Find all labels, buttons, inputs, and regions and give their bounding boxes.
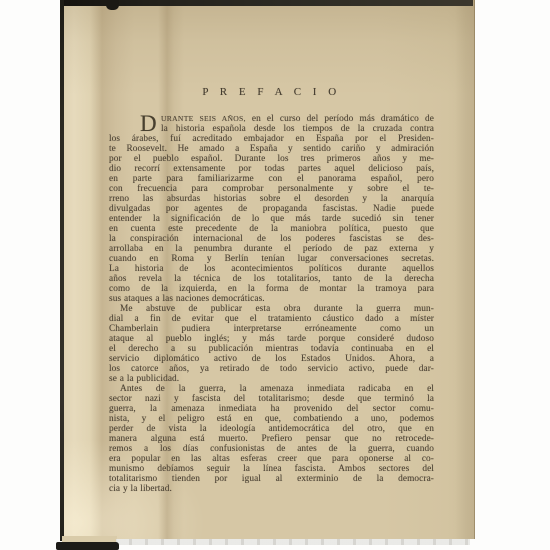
text-line: como de la izquierda, en la forma de mon… [109, 284, 434, 294]
text-line: servicio diplomático activo de los Estad… [109, 354, 434, 364]
scan-background: P R E F A C I O DURANTE SEIS AÑOS, en el… [0, 0, 550, 550]
text-line: manera alguna está muerto. Prefiero pens… [109, 434, 434, 444]
paragraph: Me abstuve de publicar esta obra durante… [109, 304, 434, 384]
paragraphs: DURANTE SEIS AÑOS, en el curso del perío… [109, 114, 434, 494]
text-line: dio recorrí extensamente por todas parte… [109, 164, 434, 174]
text-line: sus ataques a las naciones democráticas. [109, 294, 434, 304]
text-line: dial a fin de evitar que el tratamiento … [109, 314, 434, 324]
text-line: cia y la libertad. [109, 484, 434, 494]
text-line: entender la significación de lo que más … [109, 214, 434, 224]
text-line: te Roosevelt. He amado a España y sentid… [109, 144, 434, 154]
text-line: se a la publicidad. [109, 374, 434, 384]
text-line: Chamberlain pudiera interpretarse erróne… [109, 324, 434, 334]
text-line: años revela la técnica de los totalitari… [109, 274, 434, 284]
text-line: Me abstuve de publicar esta obra durante… [109, 304, 434, 314]
text-line: los catorce años, ya retirado de todo se… [109, 364, 434, 374]
page-title: P R E F A C I O [109, 86, 434, 98]
text-line: perder de vista la ideología antidemocrá… [109, 424, 434, 434]
line-text: en el curso del período más dramático de [246, 114, 434, 124]
text-line: era popular en las altas esferas creer q… [109, 454, 434, 464]
text-line: La historia de los acontecimientos polít… [109, 264, 434, 274]
text-line: ataque al pueblo inglés; y más tarde por… [109, 334, 434, 344]
small-caps-lead: URANTE SEIS AÑOS, [161, 114, 246, 123]
text-line: en cuenta este precedente de la maniobra… [109, 224, 434, 234]
text-line: totalitarismo tienden por igual al exter… [109, 474, 434, 484]
text-line: con frecuencia para comprobar personalme… [109, 184, 434, 194]
text-line: sector nazi y fascista del totalitarismo… [109, 394, 434, 404]
text-line: la historia española desde los tiempos d… [109, 124, 434, 134]
paragraph: Antes de la guerra, la amenaza inmediata… [109, 384, 434, 494]
text-line: munismo debíamos seguir la línea fascist… [109, 464, 434, 474]
text-line: Antes de la guerra, la amenaza inmediata… [109, 384, 434, 394]
text-line: nista, y el peligro está en que, combati… [109, 414, 434, 424]
page-content: P R E F A C I O DURANTE SEIS AÑOS, en el… [109, 0, 434, 539]
text-line: por el pueblo español. Durante los tres … [109, 154, 434, 164]
text-line: los árabes, fuí acreditado embajador en … [109, 134, 434, 144]
page-top-notch [106, 0, 119, 10]
text-line: la conspiración internacional de los pod… [109, 234, 434, 244]
text-line: el derecho a su publicación mientras tod… [109, 344, 434, 354]
page-bottom-edges [116, 539, 470, 545]
cover-bottom-edge [56, 542, 119, 550]
text-line: en parte para familiarizarme con el pano… [109, 174, 434, 184]
book-page: P R E F A C I O DURANTE SEIS AÑOS, en el… [62, 0, 475, 539]
book-spine-edge [60, 0, 64, 541]
page-top-edge [62, 0, 473, 6]
text-line: URANTE SEIS AÑOS, en el curso del períod… [109, 114, 434, 124]
drop-cap: D [140, 114, 157, 134]
text-line: cuando en Roma y Berlín tenían lugar con… [109, 254, 434, 264]
text-line: guerra, la amenaza inmediata ha provenid… [109, 404, 434, 414]
text-line: remos a los días confusionistas de antes… [109, 444, 434, 454]
paragraph: DURANTE SEIS AÑOS, en el curso del perío… [109, 114, 434, 304]
text-line: rreno las absurdas historias sobre el de… [109, 194, 434, 204]
text-line: divulgadas por agentes de propaganda fas… [109, 204, 434, 214]
text-line: arrollaba en la penumbra durante el perí… [109, 244, 434, 254]
